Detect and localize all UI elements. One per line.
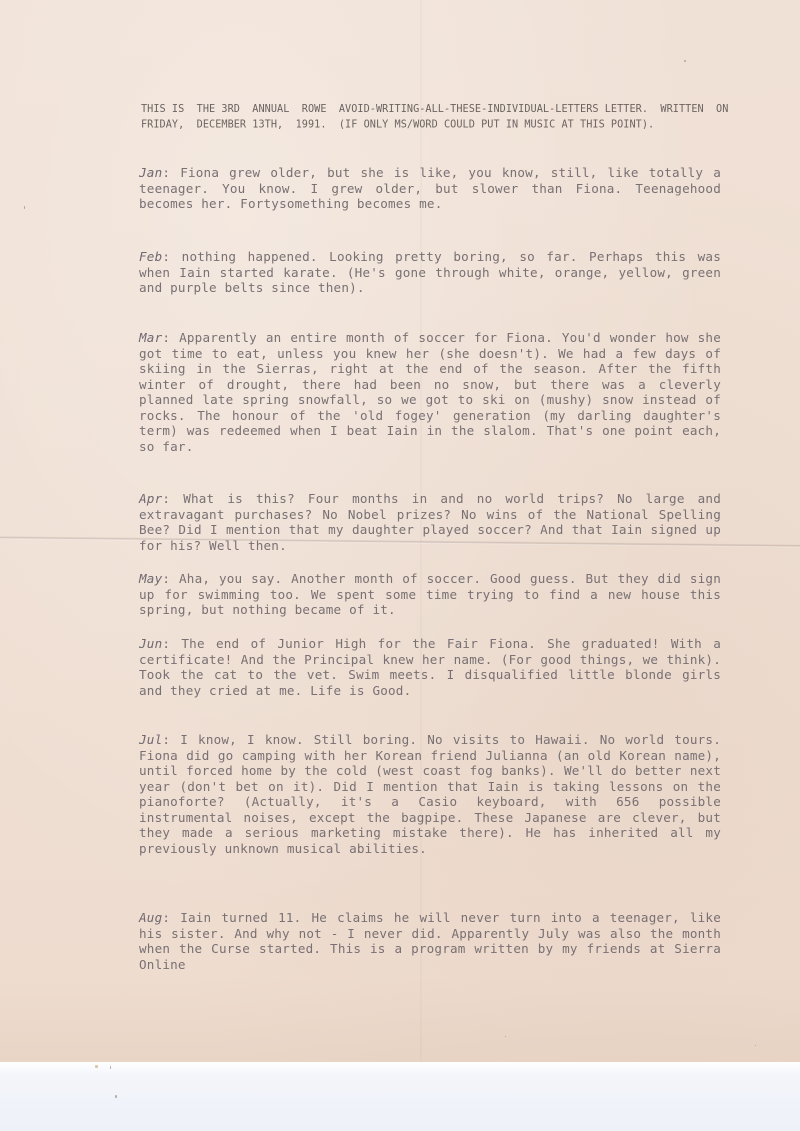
entry-text: Apparently an entire month of soccer for… [139,330,721,454]
paper-speck [505,1036,506,1037]
month-label: Feb [139,249,162,264]
paper-speck [24,206,25,209]
scanner-speck [115,1095,117,1098]
entry-aug: Aug: Iain turned 11. He claims he will n… [139,910,721,972]
scanner-speck [110,1066,111,1069]
month-label: Aug [139,910,162,925]
month-label: Jan [139,165,162,180]
scanner-bed-margin [0,1062,800,1131]
entry-text: nothing happened. Looking pretty boring,… [139,249,721,295]
letter-header: THIS IS THE 3RD ANNUAL ROWE AVOID-WRITIN… [141,101,721,133]
paper-speck [755,1045,756,1046]
paper-speck [684,60,686,62]
month-label: Apr [139,491,162,506]
entry-feb: Feb: nothing happened. Looking pretty bo… [139,249,721,296]
letter-paper: THIS IS THE 3RD ANNUAL ROWE AVOID-WRITIN… [0,0,800,1062]
entry-text: What is this? Four months in and no worl… [139,491,721,553]
entry-text: Aha, you say. Another month of soccer. G… [139,571,721,617]
entry-text: The end of Junior High for the Fair Fion… [139,636,721,698]
entry-jan: Jan: Fiona grew older, but she is like, … [139,165,721,212]
entry-apr: Apr: What is this? Four months in and no… [139,491,721,553]
entry-text: Iain turned 11. He claims he will never … [139,910,721,972]
month-label: Jun [139,636,162,651]
entry-jun: Jun: The end of Junior High for the Fair… [139,636,721,698]
entry-text: Fiona grew older, but she is like, you k… [139,165,721,211]
header-line-2: FRIDAY, DECEMBER 13TH, 1991. (IF ONLY MS… [141,117,721,133]
scanner-speck [95,1065,98,1068]
entry-may: May: Aha, you say. Another month of socc… [139,571,721,618]
month-label: Mar [139,330,162,345]
entry-text: I know, I know. Still boring. No visits … [139,732,721,856]
month-label: May [139,571,162,586]
entry-mar: Mar: Apparently an entire month of socce… [139,330,721,454]
entry-jul: Jul: I know, I know. Still boring. No vi… [139,732,721,856]
header-line-1: THIS IS THE 3RD ANNUAL ROWE AVOID-WRITIN… [141,101,721,117]
month-label: Jul [139,732,162,747]
